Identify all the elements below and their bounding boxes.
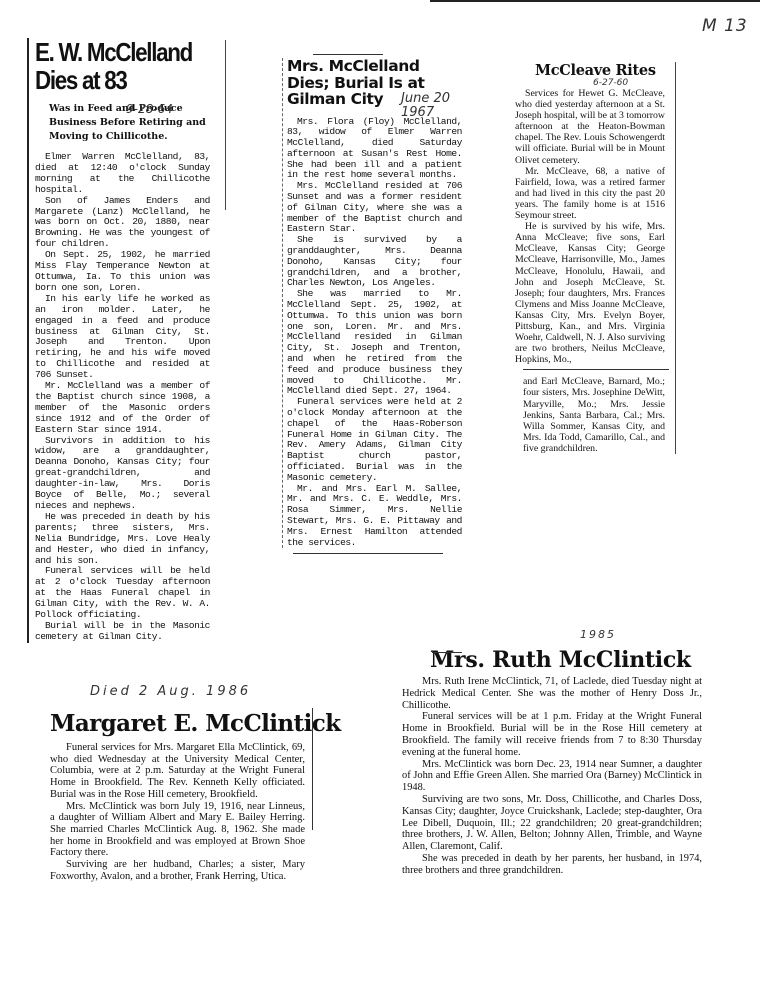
headline-line-2: Dies at 83 (35, 65, 127, 95)
paragraph: Mrs. McClelland resided at 706 Sunset an… (287, 181, 462, 235)
paragraph: He is survived by his wife, Mrs. Anna Mc… (515, 221, 665, 365)
paragraph: She was preceded in death by her parents… (402, 853, 702, 877)
handwritten-date: 6-27-60 (593, 78, 628, 88)
page-mark: M 13 (702, 16, 748, 36)
rule (293, 553, 443, 554)
article-body: Services for Hewet G. McCleave, who died… (515, 88, 665, 454)
paragraph: Elmer Warren McClelland, 83, died at 12:… (35, 152, 210, 196)
article-body: Mrs. Flora (Floy) McClelland, 83, widow … (287, 117, 462, 549)
handwritten-date: June 20 1967 (401, 92, 462, 120)
clipping-mrs-mcclelland: Mrs. McClellandDies; Burial Is atGilman … (282, 58, 462, 548)
handwritten-date: 1985 (580, 628, 616, 641)
paragraph: Funeral services were held at 2 o'clock … (287, 397, 462, 483)
paragraph: In his early life he worked as an iron m… (35, 294, 210, 381)
paragraph: Mr. McClelland was a member of the Bapti… (35, 381, 210, 436)
paragraph: On Sept. 25, 1902, he married Miss Flay … (35, 250, 210, 294)
clipping-mccleave-rites: McCleave Rites 6-27-60 Services for Hewe… (515, 62, 676, 454)
paragraph: Surviving are two sons, Mr. Doss, Chilli… (402, 794, 702, 853)
paragraph: Mrs. Ruth Irene McClintick, 71, of Lacle… (402, 676, 702, 711)
paragraph: She was married to Mr. McClelland Sept. … (287, 289, 462, 397)
clipping-ew-mcclelland: E. W. McClellandDies at 83 9-28-64 Was i… (27, 38, 211, 643)
article-body: Elmer Warren McClelland, 83, died at 12:… (35, 152, 210, 643)
headline-line-3: Gilman City (287, 90, 383, 108)
handwritten-date: 9-28-64 (126, 102, 173, 116)
article-body: Mrs. Ruth Irene McClintick, 71, of Lacle… (402, 676, 702, 877)
paragraph: Mrs. McClintick was born Dec. 23, 1914 n… (402, 759, 702, 794)
paragraph: Survivors in addition to his widow, are … (35, 436, 210, 512)
clipping-ruth-mcclintick: 1985 Mrs. Ruth McClintick Mrs. Ruth Iren… (402, 628, 702, 877)
paragraph: Son of James Enders and Margarete (Lanz)… (35, 196, 210, 251)
paragraph: She is survived by a granddaughter, Mrs.… (287, 235, 462, 289)
headline: Mrs. Ruth McClintick (430, 646, 702, 674)
paragraph: Funeral services will be held at 2 o'clo… (35, 566, 210, 621)
handwritten-date: Died 2 Aug. 1986 (90, 684, 251, 699)
clipping-border (312, 708, 313, 830)
rule (432, 652, 462, 653)
paragraph: Mrs. Flora (Floy) McClelland, 83, widow … (287, 117, 462, 182)
clipping-border (225, 40, 226, 210)
headline-line-1: E. W. McClelland (35, 37, 192, 67)
column-divider (523, 369, 669, 370)
headline-line-2: Dies; Burial Is at (287, 74, 425, 92)
headline: Margaret E. McClintick (50, 710, 305, 738)
rule (313, 54, 383, 55)
paragraph: Surviving are her hudband, Charles; a si… (50, 859, 305, 882)
paragraph-continuation: and Earl McCleave, Barnard, Mo.; four si… (515, 376, 665, 454)
paragraph: Funeral services for Mrs. Margaret Ella … (50, 742, 305, 801)
clipping-margaret-mcclintick: Died 2 Aug. 1986 Margaret E. McClintick … (50, 684, 305, 882)
article-body: Funeral services for Mrs. Margaret Ella … (50, 742, 305, 882)
paragraph: Mr. McCleave, 68, a native of Fairfield,… (515, 166, 665, 221)
paragraph: He was preceded in death by his parents;… (35, 512, 210, 567)
paragraph: Services for Hewet G. McCleave, who died… (515, 88, 665, 166)
paragraph: Burial will be in the Masonic cemetery a… (35, 621, 210, 643)
scan-edge-line (430, 0, 760, 2)
headline-line-1: Mrs. McClelland (287, 57, 420, 75)
paragraph: Mr. and Mrs. Earl M. Sallee, Mr. and Mrs… (287, 484, 462, 549)
headline: E. W. McClellandDies at 83 (35, 38, 186, 94)
paragraph: Mrs. McClintick was born July 19, 1916, … (50, 801, 305, 860)
paragraph: Funeral services will be at 1 p.m. Frida… (402, 711, 702, 758)
